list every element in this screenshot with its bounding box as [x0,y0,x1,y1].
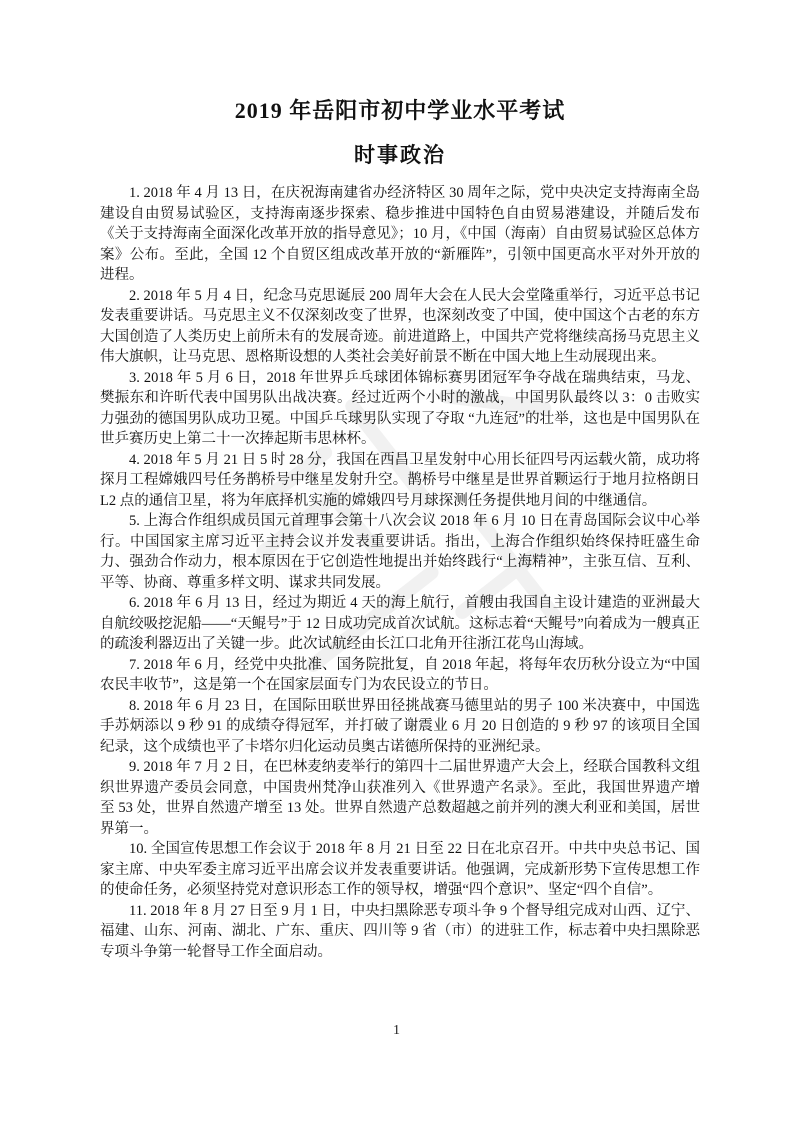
document-page: 2019 年岳阳市初中学业水平考试 时事政治 1. 2018 年 4 月 13 … [0,0,793,1122]
paragraph: 6. 2018 年 6 月 13 日，经过为期近 4 天的海上航行，首艘由我国自… [100,593,700,655]
paragraph: 5. 上海合作组织成员国元首理事会第十八次会议 2018 年 6 月 10 日在… [100,511,700,593]
paragraph: 8. 2018 年 6 月 23 日，在国际田联世界田径挑战赛马德里站的男子 1… [100,696,700,758]
page-number: 1 [0,1022,793,1040]
document-content: 2019 年岳阳市初中学业水平考试 时事政治 1. 2018 年 4 月 13 … [100,96,700,962]
paragraph: 4. 2018 年 5 月 21 日 5 时 28 分，我国在西昌卫星发射中心用… [100,450,700,512]
paragraph: 3. 2018 年 5 月 6 日，2018 年世界乒乓球团体锦标赛男团冠军争夺… [100,368,700,450]
paragraph: 1. 2018 年 4 月 13 日，在庆祝海南建省办经济特区 30 周年之际，… [100,183,700,286]
paragraph-list: 1. 2018 年 4 月 13 日，在庆祝海南建省办经济特区 30 周年之际，… [100,183,700,962]
page-subtitle: 时事政治 [100,140,700,170]
paragraph: 9. 2018 年 7 月 2 日，在巴林麦纳麦举行的第四十二届世界遗产大会上，… [100,757,700,839]
paragraph: 2. 2018 年 5 月 4 日，纪念马克思诞辰 200 周年大会在人民大会堂… [100,286,700,368]
page-title: 2019 年岳阳市初中学业水平考试 [100,96,700,126]
paragraph: 10. 全国宣传思想工作会议于 2018 年 8 月 21 日至 22 日在北京… [100,839,700,901]
paragraph: 7. 2018 年 6 月，经党中央批准、国务院批复，自 2018 年起，将每年… [100,655,700,696]
paragraph: 11. 2018 年 8 月 27 日至 9 月 1 日，中央扫黑除恶专项斗争 … [100,901,700,963]
